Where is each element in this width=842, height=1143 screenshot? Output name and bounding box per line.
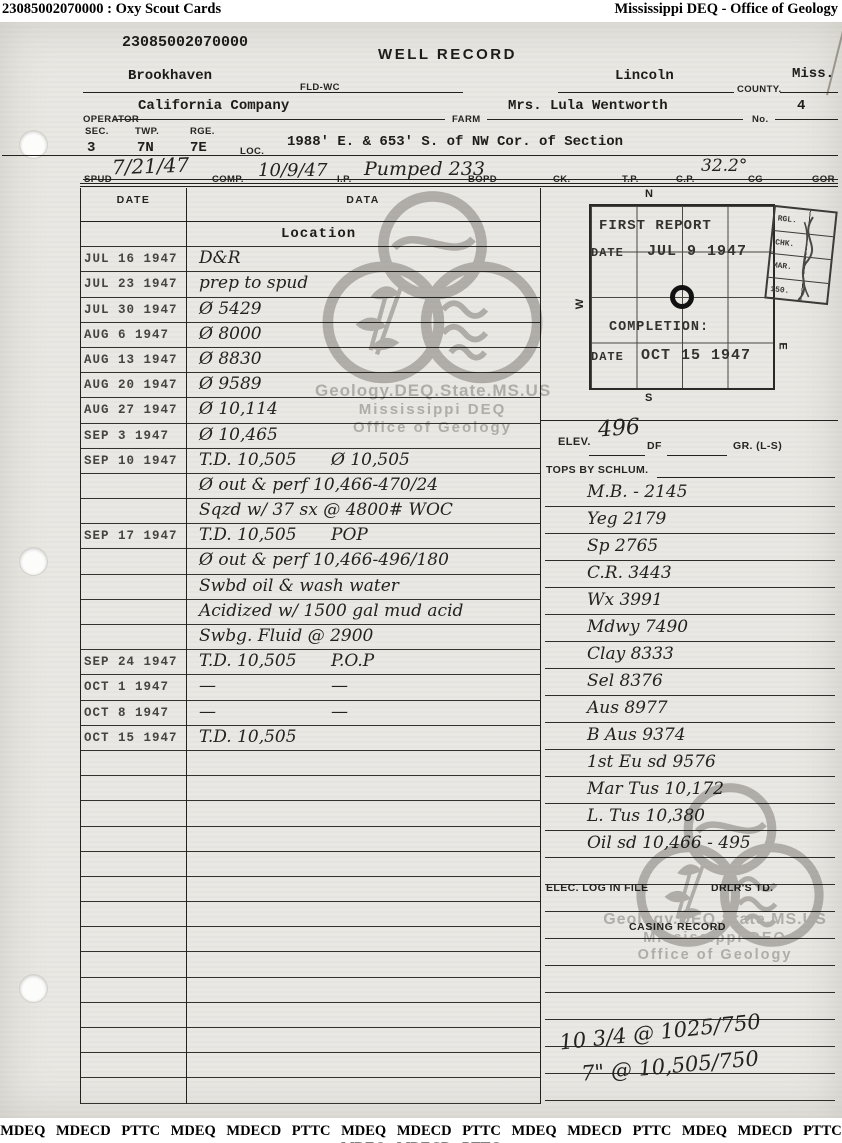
log-row: AUG 6 1947Ø 8000 [81,323,540,348]
log-data-cell [186,776,540,800]
log-row-blank [81,978,540,1003]
formation-top: M.B. - 2145 [545,480,835,507]
log-data-cell [186,978,540,1002]
page-corner-mark [826,31,842,95]
hole-punch [20,975,47,1002]
log-data-cell: Ø 8830 [186,348,540,372]
log-row-blank [81,801,540,826]
completion-date-label: DATE [591,350,624,364]
log-date-stamp [81,1053,186,1077]
log-date-stamp [81,827,186,851]
log-row: Ø out & perf 10,466-470/24 [81,474,540,499]
well-no-underline [775,119,838,120]
log-row: Sqzd w/ 37 sx @ 4800# WOC [81,499,540,524]
log-row: SEP 10 1947T.D. 10,505Ø 10,505 [81,449,540,474]
signature-squiggle-icon [766,207,839,307]
log-row: Acidized w/ 1500 gal mud acid [81,600,540,625]
formation-top: C.R. 3443 [545,561,835,588]
formation-top-text: C.R. 3443 [587,563,672,583]
county-value: Lincoln [615,68,674,84]
drlrs-td-label: DRLR'S TD. [711,882,774,894]
formation-top: Aus 8977 [545,696,835,723]
log-row-blank [81,927,540,952]
north-label: N [645,188,653,200]
log-date-stamp [81,1028,186,1052]
first-report-date: JUL 9 1947 [647,243,747,260]
log-date-stamp [81,751,186,775]
formation-top: L. Tus 10,380 [545,804,835,831]
log-date-stamp: JUL 23 1947 [81,272,186,296]
first-report-date-label: DATE [591,246,624,260]
log-date-stamp: AUG 20 1947 [81,373,186,397]
log-data-cell: Acidized w/ 1500 gal mud acid [186,600,540,624]
print-footer-bar: MDEQ MDECD PTTC MDEQ MDECD PTTC MDEQ MDE… [0,1118,842,1143]
elev-label: ELEV. [558,436,591,448]
log-date-stamp [81,801,186,825]
farm-label: FARM [452,114,481,125]
loc-value: 1988' E. & 653' S. of NW Cor. of Section [287,134,623,150]
log-date-stamp [81,474,186,498]
log-date-stamp: AUG 13 1947 [81,348,186,372]
formation-top-text: Yeg 2179 [587,509,666,529]
df-label: DF [647,440,662,452]
casing-record-label: CASING RECORD [629,921,726,933]
formation-top-text: Mar Tus 10,172 [587,779,724,799]
state-underline [780,92,838,93]
log-data-cell: Location [186,222,540,246]
completion-stamp: COMPLETION: [609,320,709,335]
tops-label: TOPS BY SCHLUM. [546,464,648,476]
log-data-cell [186,1053,540,1077]
column-divider [186,188,187,1104]
panel-rule [541,420,838,421]
tops-underline [657,477,835,478]
log-data-cell [186,1028,540,1052]
log-date-stamp: SEP 3 1947 [81,424,186,448]
log-data-text: Ø out & perf 10,466-496/180 [199,549,449,572]
log-data-text: Ø 8830 [199,348,262,371]
data-column-header: DATA [186,194,540,206]
log-data-cell: Ø 8000 [186,323,540,347]
log-data-text: Sqzd w/ 37 sx @ 4800# WOC [199,499,453,522]
formation-top-text: M.B. - 2145 [587,482,688,502]
log-data-cell: —— [186,701,540,725]
spud-value: 7/21/47 [112,153,190,180]
log-data-text: — [199,701,216,724]
log-date-stamp: AUG 6 1947 [81,323,186,347]
south-label: S [645,392,652,404]
formation-tops-list: M.B. - 2145Yeg 2179Sp 2765C.R. 3443Wx 39… [541,480,835,858]
log-data-text: Swbd oil & wash water [199,575,399,598]
log-row: AUG 20 1947Ø 9589 [81,373,540,398]
log-date-stamp [81,625,186,649]
scanned-well-record-card: 23085002070000 WELL RECORD Brookhaven FL… [0,22,842,1118]
formation-top: Sel 8376 [545,669,835,696]
formation-top: Yeg 2179 [545,507,835,534]
log-data-text: Ø 5429 [199,298,262,321]
well-location-symbol [670,285,694,309]
formation-top: Sp 2765 [545,534,835,561]
log-date-stamp [81,852,186,876]
sec-label: SEC. [85,126,109,137]
formation-top: B Aus 9374 [545,723,835,750]
log-data-cell [186,852,540,876]
double-rule [80,183,838,187]
log-data-text: D&R [199,247,241,270]
formation-top-text: L. Tus 10,380 [587,806,705,826]
log-data-cell [186,801,540,825]
check-stamp: RGL.CHK.MAR.150. [764,205,837,305]
log-row: SEP 17 1947T.D. 10,505POP [81,524,540,549]
log-data-cell [186,751,540,775]
log-data2-text: Ø 10,505 [331,449,410,472]
formation-top-text: B Aus 9374 [587,725,686,745]
elev-value: 496 [597,415,641,443]
log-data-cell: T.D. 10,505Ø 10,505 [186,449,540,473]
log-data2-text: — [331,701,348,724]
document-id-title: 23085002070000 : Oxy Scout Cards [2,1,221,18]
df-underline [667,455,727,456]
log-row: OCT 1 1947—— [81,675,540,700]
log-date-stamp: OCT 1 1947 [81,675,186,699]
first-report-stamp: FIRST REPORT [599,218,712,234]
log-date-stamp: AUG 27 1947 [81,398,186,422]
log-data2-text: — [331,675,348,698]
log-data-cell [186,877,540,901]
log-row: OCT 15 1947T.D. 10,505 [81,726,540,751]
log-row: Ø out & perf 10,466-496/180 [81,549,540,574]
log-data-cell: Ø out & perf 10,466-470/24 [186,474,540,498]
ip-value: Pumped 233 [364,158,485,180]
log-data-cell [186,952,540,976]
log-date-stamp [81,952,186,976]
well-no-value: 4 [797,98,805,114]
log-data-cell: D&R [186,247,540,271]
print-header-bar: 23085002070000 : Oxy Scout Cards Mississ… [0,0,842,22]
log-row-blank [81,1078,540,1103]
log-data-text: Ø 9589 [199,373,262,396]
log-data-cell: Swbg. Fluid @ 2900 [186,625,540,649]
log-table-header: DATE DATA [81,188,540,222]
log-row-blank [81,877,540,902]
spud-row-underline [83,179,838,180]
rge-label: RGE. [190,126,215,137]
log-data-cell: Ø 5429 [186,298,540,322]
log-date-stamp [81,902,186,926]
log-rows: LocationJUL 16 1947D&RJUL 23 1947prep to… [81,222,540,1104]
log-data-text: Ø 10,114 [199,398,278,421]
operator-underline [113,119,445,120]
formation-top: Clay 8333 [545,642,835,669]
log-date-stamp: OCT 8 1947 [81,701,186,725]
completion-date: OCT 15 1947 [641,347,751,364]
log-data-cell [186,902,540,926]
formation-top-text: Sel 8376 [587,671,663,691]
api-number: 23085002070000 [122,34,248,51]
log-data-cell: —— [186,675,540,699]
log-row-blank [81,902,540,927]
log-date-stamp [81,927,186,951]
log-row: JUL 16 1947D&R [81,247,540,272]
log-data-cell [186,1003,540,1027]
formation-top: Wx 3991 [545,588,835,615]
field-underline [83,92,463,93]
county-label: COUNTY. [737,84,782,95]
log-row: AUG 13 1947Ø 8830 [81,348,540,373]
log-row-blank [81,852,540,877]
log-data-text: T.D. 10,505 [199,650,297,673]
west-label: W [574,299,586,309]
farm-value: Mrs. Lula Wentworth [508,98,668,114]
log-row: JUL 30 1947Ø 5429 [81,298,540,323]
log-data-cell: T.D. 10,505 [186,726,540,750]
formation-top-text: Oil sd 10,466 - 495 [587,833,751,853]
rge-value: 7E [190,140,207,156]
card-title: WELL RECORD [355,46,540,63]
hole-punch [20,548,47,575]
operator-value: California Company [138,98,289,114]
log-row: SEP 24 1947T.D. 10,505P.O.P [81,650,540,675]
log-row-blank [81,1028,540,1053]
log-row-blank [81,1003,540,1028]
log-row: SEP 3 1947Ø 10,465 [81,424,540,449]
cp-value: 32.2° [701,156,747,176]
formation-top-text: Aus 8977 [587,698,668,718]
log-date-stamp [81,549,186,573]
log-row-blank [81,751,540,776]
log-data-text: Ø 8000 [199,323,262,346]
log-row-blank [81,952,540,977]
log-date-stamp: JUL 16 1947 [81,247,186,271]
formation-top: Mdwy 7490 [545,615,835,642]
county-underline [558,92,734,93]
hole-punch [20,131,47,158]
log-row: Swbd oil & wash water [81,575,540,600]
log-row-blank [81,827,540,852]
log-row-blank [81,776,540,801]
log-data-text: — [199,675,216,698]
log-date-stamp [81,978,186,1002]
log-date-stamp: SEP 17 1947 [81,524,186,548]
gr-label: GR. (L-S) [733,440,782,452]
log-data-text: Location [199,226,356,242]
log-row-blank [81,1053,540,1078]
log-data-text: Ø out & perf 10,466-470/24 [199,474,438,497]
log-data-cell: Ø 10,114 [186,398,540,422]
log-row: Location [81,222,540,247]
log-date-stamp: JUL 30 1947 [81,298,186,322]
log-data-cell: Sqzd w/ 37 sx @ 4800# WOC [186,499,540,523]
right-panel: N S W E FIRST REPORT DATE JUL 9 1947 COM… [541,188,838,1104]
formation-top-text: Sp 2765 [587,536,658,556]
log-data-text: prep to spud [199,272,308,295]
log-data2-text: P.O.P [331,650,374,673]
log-date-stamp: SEP 10 1947 [81,449,186,473]
log-row: OCT 8 1947—— [81,701,540,726]
log-date-stamp [81,575,186,599]
log-data-cell: prep to spud [186,272,540,296]
state-value: Miss. [792,66,834,82]
log-data-cell: Swbd oil & wash water [186,575,540,599]
log-data-text: Ø 10,465 [199,424,278,447]
log-date-stamp: OCT 15 1947 [81,726,186,750]
log-date-stamp [81,877,186,901]
daily-log-table: DATE DATA LocationJUL 16 1947D&RJUL 23 1… [80,188,541,1104]
log-row: JUL 23 1947prep to spud [81,272,540,297]
elec-log-label: ELEC. LOG IN FILE [546,882,648,894]
log-date-stamp [81,1078,186,1102]
log-date-stamp [81,1003,186,1027]
formation-top: 1st Eu sd 9576 [545,750,835,777]
well-no-label: No. [752,114,769,125]
formation-top-text: Clay 8333 [587,644,674,664]
comp-value: 10/9/47 [258,160,327,181]
formation-top-text: Mdwy 7490 [587,617,688,637]
formation-top: Oil sd 10,466 - 495 [545,831,835,858]
log-row: Swbg. Fluid @ 2900 [81,625,540,650]
log-data-cell: Ø 10,465 [186,424,540,448]
farm-underline [487,119,743,120]
date-column-header: DATE [81,194,186,206]
log-data-cell [186,827,540,851]
twp-label: TWP. [135,126,159,137]
log-data-cell: Ø 9589 [186,373,540,397]
field-label: FLD-WC [300,82,340,93]
log-data-text: T.D. 10,505 [199,726,297,749]
log-date-stamp: SEP 24 1947 [81,650,186,674]
log-row: AUG 27 1947Ø 10,114 [81,398,540,423]
log-data-cell [186,1078,540,1102]
sec-value: 3 [87,140,95,156]
log-data-text: T.D. 10,505 [199,449,297,472]
log-data-text: Acidized w/ 1500 gal mud acid [199,600,463,623]
log-data-cell [186,927,540,951]
log-data-text: Swbg. Fluid @ 2900 [199,625,373,648]
log-data2-text: POP [331,524,368,547]
log-data-cell: T.D. 10,505P.O.P [186,650,540,674]
log-data-cell: T.D. 10,505POP [186,524,540,548]
log-data-cell: Ø out & perf 10,466-496/180 [186,549,540,573]
log-date-stamp [81,222,186,246]
field-value: Brookhaven [128,68,212,84]
log-date-stamp [81,600,186,624]
elev-underline [589,455,645,456]
log-date-stamp [81,776,186,800]
formation-top-text: 1st Eu sd 9576 [587,752,716,772]
agency-title: Mississippi DEQ - Office of Geology [614,1,838,18]
formation-top: Mar Tus 10,172 [545,777,835,804]
log-date-stamp [81,499,186,523]
log-data-text: T.D. 10,505 [199,524,297,547]
formation-top-text: Wx 3991 [587,590,663,610]
east-label: E [777,342,789,349]
